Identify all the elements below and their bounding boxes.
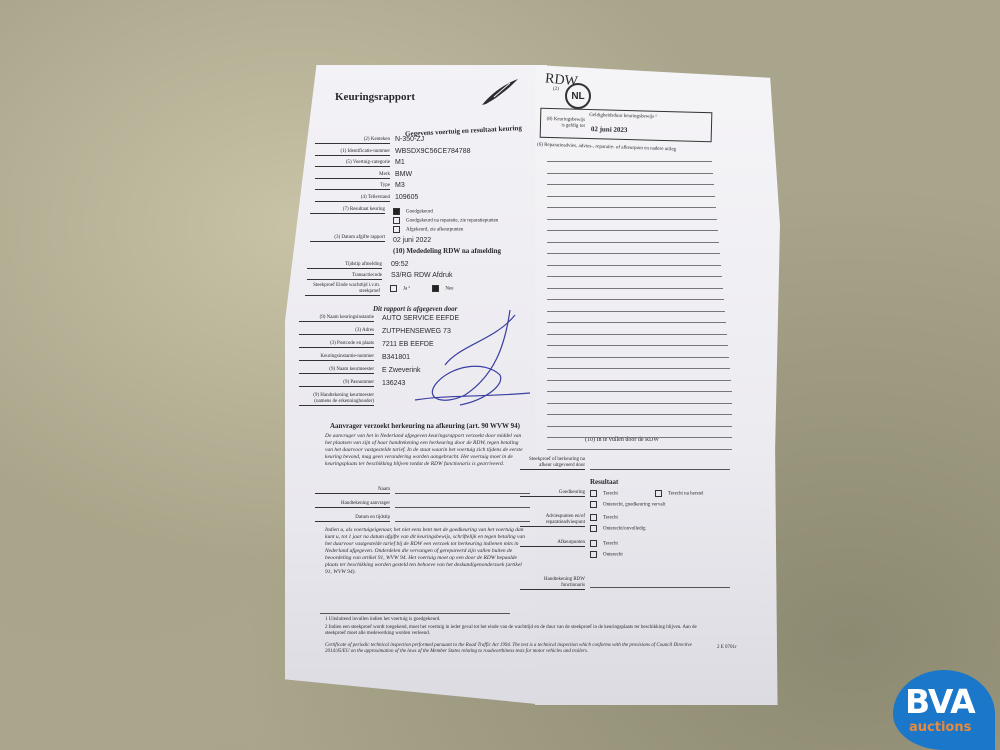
result-checkbox[interactable]	[393, 208, 400, 215]
rdw-option-text: Onterecht/onvolledig	[603, 527, 646, 532]
owner-text: Indien u, als voertuigeigenaar, het niet…	[325, 527, 525, 576]
certificate-text: Certificate of periodic technical inspec…	[325, 643, 710, 655]
rdw-row-label: Goedkeuring	[520, 490, 585, 497]
repair-line[interactable]	[547, 265, 721, 266]
repair-line[interactable]	[547, 391, 732, 392]
footnote: 1 Uitsluitend invullen indien het voertu…	[325, 617, 715, 623]
reinspection-field-line[interactable]	[395, 521, 530, 522]
rdw-option: Onterecht	[590, 551, 623, 558]
rdw-checkbox[interactable]	[590, 514, 597, 521]
rdw-option: Onterecht, goedkeuring vervalt	[590, 501, 665, 508]
issuer-label: (9) Naam keuringsinstantie	[299, 315, 374, 322]
result-option: Goedgekeurd	[393, 208, 433, 215]
reinspection-field-line[interactable]	[395, 507, 530, 508]
field-label: (5) Voertuig-categorie	[315, 160, 390, 167]
field-label: Merk	[315, 172, 390, 179]
form-code: 2 E 0701r	[717, 645, 737, 650]
repair-line[interactable]	[547, 161, 712, 162]
repair-line[interactable]	[547, 357, 729, 358]
rdw-option: Terecht na herstel	[655, 490, 703, 497]
issuer-value: 7211 EB EEFDE	[382, 341, 434, 348]
rdw-option-text: Terecht na herstel	[668, 492, 703, 497]
rdw-checkbox[interactable]	[590, 540, 597, 547]
notification-value: S3/RG RDW Afdruk	[391, 272, 452, 279]
field-value: WBSDX9C56CE784788	[395, 148, 471, 155]
rdw-option-text: Terecht	[603, 516, 618, 521]
rdw-option-text: Onterecht, goedkeuring vervalt	[603, 503, 665, 508]
rdw-option-text: Terecht	[603, 542, 618, 547]
validity-label: (8) Keuringsbewijs is geldig tot	[543, 117, 585, 130]
repair-line[interactable]	[547, 242, 719, 243]
notification-label: Transactiecode	[307, 273, 382, 280]
issuer-label: (3) Postcode en plaats	[299, 341, 374, 348]
result-option: Afgekeurd, zie afkeurpunten	[393, 226, 463, 233]
repair-line[interactable]	[547, 437, 732, 438]
field-label: (2) Kenteken	[315, 137, 390, 144]
repair-line[interactable]	[547, 196, 715, 197]
rdw-option: Terecht	[590, 540, 618, 547]
footnote: 2 Indien een steekproef wordt toegekend,…	[325, 625, 715, 637]
issuer-label: (9) Handtekening keurmeester (namens de …	[299, 393, 374, 406]
issuer-value: 136243	[382, 380, 405, 387]
report-date-value: 02 juni 2022	[393, 237, 431, 244]
country-ref: (2)	[553, 87, 559, 92]
repair-line[interactable]	[547, 311, 725, 312]
rdw-spot-label: Steekproef of herkeuring na afkeur uitge…	[520, 457, 585, 470]
country-badge: NL	[565, 83, 591, 109]
issuer-value: B341801	[382, 354, 410, 361]
issuer-value: ZUTPHENSEWEG 73	[382, 328, 451, 335]
rdw-option: Terecht	[590, 514, 618, 521]
repair-line[interactable]	[547, 276, 722, 277]
rdw-checkbox[interactable]	[590, 525, 597, 532]
result-option-text: Afgekeurd, zie afkeurpunten	[406, 228, 463, 233]
spot-check-no-checkbox[interactable]	[432, 285, 439, 292]
repair-line[interactable]	[547, 449, 732, 450]
inspection-report: Keuringsrapport RDW (2) NL Geldigheidsdu…	[285, 65, 780, 705]
rdw-checkbox[interactable]	[590, 551, 597, 558]
result-option: Goedgekeurd na reparatie, zie reparatiep…	[393, 217, 498, 224]
repair-line[interactable]	[547, 299, 724, 300]
repair-line[interactable]	[547, 403, 732, 404]
rdw-row-label: Advi​espunten en/of reparatieadviespunt	[520, 514, 585, 527]
field-value: M3	[395, 182, 405, 189]
result-option-text: Goedgekeurd na reparatie, zie reparatiep…	[406, 219, 498, 224]
rdw-result-heading: Resultaat	[590, 478, 618, 486]
repair-line[interactable]	[547, 322, 726, 323]
bva-auctions-watermark: BVA auctions	[893, 670, 995, 750]
issuer-label: (3) Adres	[299, 328, 374, 335]
repair-line[interactable]	[547, 334, 727, 335]
bva-logo-subtext: auctions	[909, 720, 971, 735]
result-checkbox[interactable]	[393, 217, 400, 224]
reinspection-field-label: Datum en tijdstip	[315, 515, 390, 522]
validity-box: Geldigheidsduur keuringsbewijs ¹ (8) Keu…	[540, 108, 713, 142]
rdw-option: Onterecht/onvolledig	[590, 525, 646, 532]
repair-line[interactable]	[547, 207, 716, 208]
issuer-label: (9) Pasnummer	[299, 380, 374, 387]
bva-logo-text: BVA	[905, 682, 975, 721]
field-value: N-350-ZJ	[395, 136, 424, 143]
issuer-label: Keuringsinstantie-nummer	[299, 354, 374, 361]
reinspection-field-label: Naam	[315, 487, 390, 494]
notification-heading: (10) Mededeling RDW na afmelding	[393, 247, 501, 255]
result-label: (7) Resultaat keuring	[310, 207, 385, 214]
rdw-feather-logo-icon	[480, 77, 520, 107]
rdw-option-text: Terecht	[603, 492, 618, 497]
notification-value: 09:52	[391, 261, 409, 268]
spot-check-options: Ja ² Nee	[390, 285, 453, 292]
rdw-checkbox[interactable]	[590, 501, 597, 508]
rdw-option-text: Onterecht	[603, 553, 623, 558]
field-value: M1	[395, 159, 405, 166]
result-option-text: Goedgekeurd	[406, 210, 433, 215]
field-value: 109605	[395, 194, 418, 201]
rdw-option: Terecht	[590, 490, 618, 497]
repair-line[interactable]	[547, 253, 720, 254]
repair-line[interactable]	[547, 380, 731, 381]
report-date-label: (3) Datum afgifte rapport	[310, 235, 385, 242]
repair-line[interactable]	[547, 368, 730, 369]
field-label: (4) Tellerstand	[315, 195, 390, 202]
reinspection-text: De aanvrager van het in Nederland afgege…	[325, 433, 525, 468]
repair-line[interactable]	[547, 345, 728, 346]
field-label: (1) Identificatie-nummer	[315, 149, 390, 156]
issuer-value: E Zweverink	[382, 367, 421, 374]
repair-line[interactable]	[547, 230, 718, 231]
spot-check-label: Steekproef Einde wachttijd i.v.m. steekp…	[305, 283, 380, 296]
reinspection-field-label: Handtekening aanvrager	[315, 501, 390, 508]
field-value: BMW	[395, 171, 412, 178]
reinspection-heading: Aanvrager verzoekt herkeuring na afkeuri…	[330, 422, 520, 430]
repair-line[interactable]	[547, 414, 732, 415]
reinspection-field-line[interactable]	[395, 493, 530, 494]
issuer-label: (9) Naam keurmeester	[299, 367, 374, 374]
repair-line[interactable]	[547, 173, 713, 174]
rdw-checkbox[interactable]	[655, 490, 662, 497]
spot-check-yes-checkbox[interactable]	[390, 285, 397, 292]
result-checkbox[interactable]	[393, 226, 400, 233]
validity-date: 02 juni 2023	[591, 125, 628, 134]
validity-header: Geldigheidsduur keuringsbewijs ¹	[589, 113, 657, 120]
repair-line[interactable]	[547, 288, 723, 289]
report-title: Keuringsrapport	[335, 91, 415, 103]
repair-line[interactable]	[547, 219, 717, 220]
issuer-value: AUTO SERVICE EEFDE	[382, 315, 459, 322]
notification-label: Tijdstip afmelding	[307, 262, 382, 269]
repair-line[interactable]	[547, 184, 714, 185]
rdw-row-label: Afkeurpunten	[520, 540, 585, 547]
repair-line[interactable]	[547, 426, 732, 427]
field-label: Type	[315, 183, 390, 190]
rdw-signature-label: Handtekening RDW functionaris	[520, 577, 585, 590]
rdw-checkbox[interactable]	[590, 490, 597, 497]
